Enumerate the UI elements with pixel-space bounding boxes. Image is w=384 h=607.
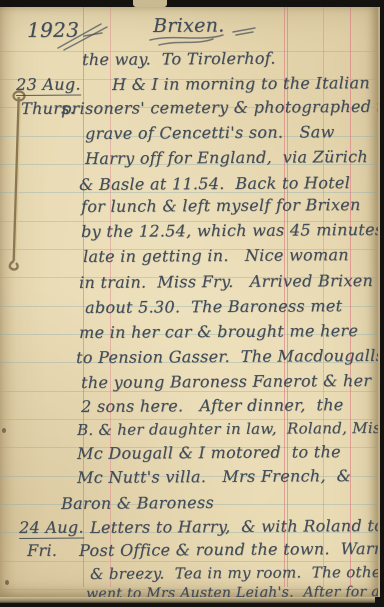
handwriting-line: in train. Miss Fry. Arrived Brixen bbox=[79, 271, 373, 292]
entry-date-label: Fri. bbox=[27, 541, 57, 560]
handwriting-line: B. & her daughter in law, Roland, Miss bbox=[77, 419, 380, 439]
handwriting-line: by the 12.54, which was 45 minutes bbox=[81, 220, 380, 241]
handwriting-line: the way. To Tirolerhof. bbox=[82, 49, 276, 69]
handwriting-line: H & I in morning to the Italian bbox=[112, 73, 370, 94]
page-title: Brixen. bbox=[153, 15, 225, 37]
handwriting-line: prisoners' cemetery & photographed the bbox=[61, 97, 380, 118]
handwriting-line: grave of Cencetti's son. Saw bbox=[85, 122, 335, 143]
handwriting-line: Mc Dougall & I motored to the bbox=[77, 442, 341, 463]
handwriting-line: Mc Nutt's villa. Mrs French, & bbox=[77, 466, 351, 487]
handwriting-line: for lunch & left myself for Brixen bbox=[81, 195, 361, 216]
handwriting-line: the young Baroness Fanerot & her bbox=[81, 371, 371, 392]
handwriting-line: me in her car & brought me here bbox=[79, 321, 358, 342]
ruled-line bbox=[0, 561, 378, 562]
paper-speck bbox=[2, 428, 6, 433]
scanned-diary-page: 1923 Brixen. the way. To Tirolerhof.23 A… bbox=[0, 0, 384, 607]
margin-line-right-3 bbox=[350, 7, 351, 587]
notebook-page: 1923 Brixen. the way. To Tirolerhof.23 A… bbox=[0, 7, 380, 597]
page-edge-tab bbox=[133, 0, 167, 7]
binding-string bbox=[0, 7, 40, 287]
handwriting-line: went to Mrs Austen Leigh's. After for a bbox=[86, 584, 380, 597]
handwriting-line: & breezy. Tea in my room. The others bbox=[90, 563, 380, 583]
entry-date-label: 23 Aug. bbox=[16, 75, 81, 96]
handwriting-line: Post Office & round the town. Warm bbox=[79, 539, 380, 560]
page-bottom-edge bbox=[0, 597, 375, 603]
handwriting-line: 2 sons here. After dinner, the bbox=[81, 395, 344, 416]
year-label: 1923 bbox=[27, 18, 79, 42]
handwriting-line: Letters to Harry, & with Roland to bbox=[90, 516, 380, 537]
handwriting-line: late in getting in. Nice woman bbox=[83, 245, 349, 266]
handwriting-line: about 5.30. The Baroness met bbox=[85, 296, 342, 317]
handwriting-line: & Basle at 11.54. Back to Hotel bbox=[79, 173, 350, 194]
handwriting-line: to Pension Gasser. The Macdougalls, bbox=[76, 346, 380, 367]
handwriting-line: Harry off for England, via Zürich bbox=[85, 147, 368, 168]
handwriting-line: Baron & Baroness bbox=[61, 493, 214, 513]
entry-date-label: 24 Aug. bbox=[19, 518, 84, 539]
paper-speck bbox=[5, 580, 9, 585]
